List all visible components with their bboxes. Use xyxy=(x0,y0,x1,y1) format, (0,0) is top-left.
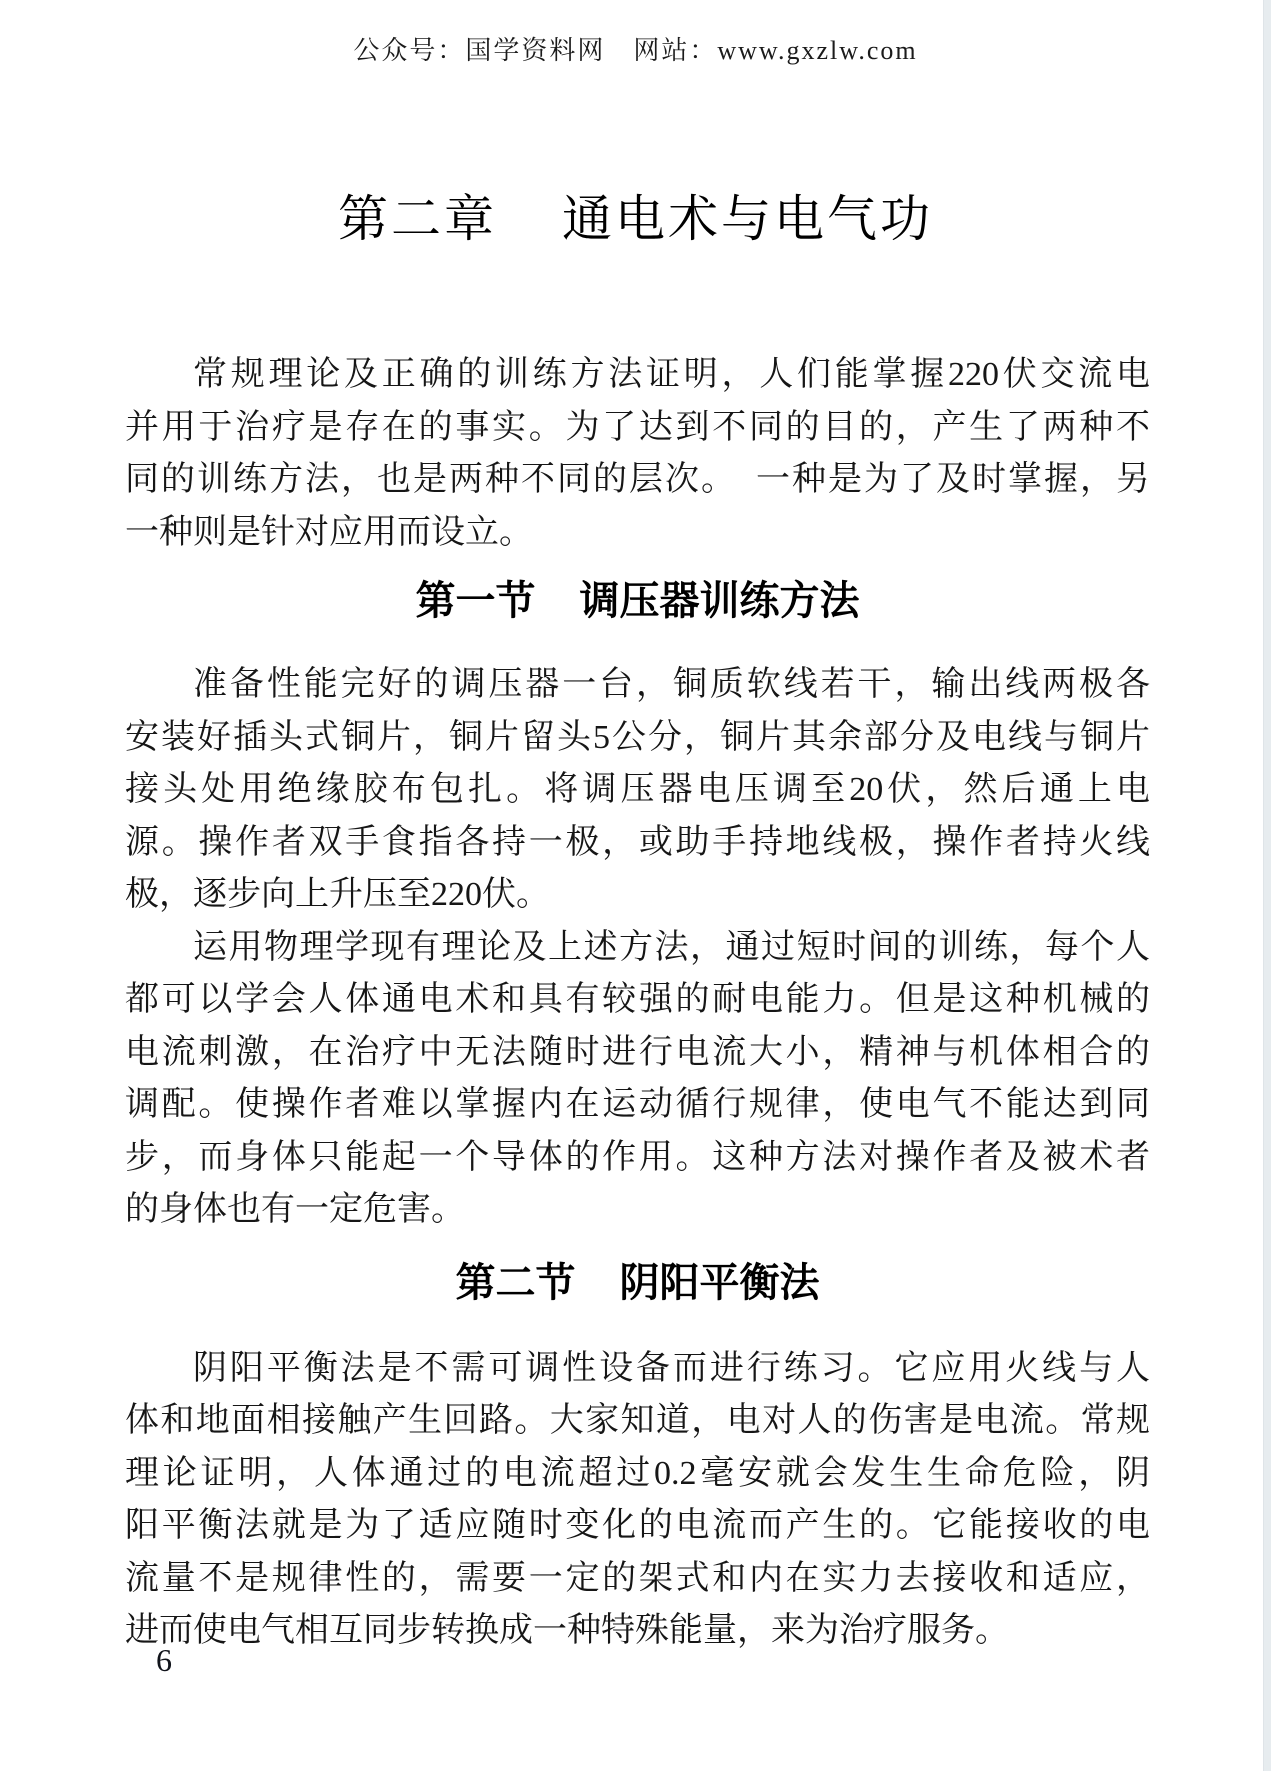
text-line: 步，而身体只能起一个导体的作用。这种方法对操作者及被术者 xyxy=(125,1132,1150,1185)
text-line: 调配。使操作者难以掌握内在运动循行规律，使电气不能达到同 xyxy=(125,1079,1150,1132)
section-2-label: 第二节 xyxy=(456,1261,576,1305)
text-line: 并用于治疗是存在的事实。为了达到不同的目的，产生了两种不 xyxy=(125,402,1150,455)
text-line: 都可以学会人体通电术和具有较强的耐电能力。但是这种机械的 xyxy=(125,974,1150,1027)
page-content: 常规理论及正确的训练方法证明，人们能掌握220伏交流电 并用于治疗是存在的事实。… xyxy=(125,349,1150,1658)
chapter-title: 第二章通电术与电气功 xyxy=(0,179,1271,251)
paragraph-intro: 常规理论及正确的训练方法证明，人们能掌握220伏交流电 并用于治疗是存在的事实。… xyxy=(125,349,1150,559)
text-line: 进而使电气相互同步转换成一种特殊能量，来为治疗服务。 xyxy=(125,1605,1150,1658)
section-1-name: 调压器训练方法 xyxy=(580,579,860,623)
text-line: 的身体也有一定危害。 xyxy=(125,1184,1150,1237)
text-line: 极，逐步向上升压至220伏。 xyxy=(125,869,1150,922)
text-line: 流量不是规律性的，需要一定的架式和内在实力去接收和适应， xyxy=(125,1553,1150,1606)
text-line: 安装好插头式铜片，铜片留头5公分，铜片其余部分及电线与铜片 xyxy=(125,712,1150,765)
text-line: 阳平衡法就是为了适应随时变化的电流而产生的。它能接收的电 xyxy=(125,1500,1150,1553)
section-1-label: 第一节 xyxy=(416,579,536,623)
page-edge-strip xyxy=(1263,0,1271,1771)
text-line: 体和地面相接触产生回路。大家知道，电对人的伤害是电流。常规 xyxy=(125,1395,1150,1448)
section-heading-2: 第二节阴阳平衡法 xyxy=(125,1259,1150,1307)
document-page: 公众号：国学资料网 网站：www.gxzlw.com 第二章通电术与电气功 常规… xyxy=(0,30,1271,1658)
text-line: 阴阳平衡法是不需可调性设备而进行练习。它应用火线与人 xyxy=(125,1343,1150,1396)
text-line: 电流刺激，在治疗中无法随时进行电流大小，精神与机体相合的 xyxy=(125,1027,1150,1080)
paragraph-section1-a: 准备性能完好的调压器一台，铜质软线若干，输出线两极各 安装好插头式铜片，铜片留头… xyxy=(125,659,1150,922)
text-line: 接头处用绝缘胶布包扎。将调压器电压调至20伏，然后通上电 xyxy=(125,764,1150,817)
chapter-name: 通电术与电气功 xyxy=(562,191,933,247)
page-header: 公众号：国学资料网 网站：www.gxzlw.com xyxy=(0,30,1271,67)
text-line: 一种则是针对应用而设立。 xyxy=(125,507,1150,560)
paragraph-section2: 阴阳平衡法是不需可调性设备而进行练习。它应用火线与人 体和地面相接触产生回路。大… xyxy=(125,1343,1150,1658)
section-2-name: 阴阳平衡法 xyxy=(620,1261,820,1305)
chapter-label: 第二章 xyxy=(338,191,497,247)
text-line: 准备性能完好的调压器一台，铜质软线若干，输出线两极各 xyxy=(125,659,1150,712)
text-line: 运用物理学现有理论及上述方法，通过短时间的训练，每个人 xyxy=(125,922,1150,975)
page-number: 6 xyxy=(156,1642,172,1679)
text-line: 常规理论及正确的训练方法证明，人们能掌握220伏交流电 xyxy=(125,349,1150,402)
paragraph-section1-b: 运用物理学现有理论及上述方法，通过短时间的训练，每个人 都可以学会人体通电术和具… xyxy=(125,922,1150,1237)
text-line: 同的训练方法，也是两种不同的层次。 一种是为了及时掌握，另 xyxy=(125,454,1150,507)
text-line: 理论证明，人体通过的电流超过0.2毫安就会发生生命危险，阴 xyxy=(125,1448,1150,1501)
header-text: 公众号：国学资料网 网站：www.gxzlw.com xyxy=(353,36,917,65)
text-line: 源。操作者双手食指各持一极，或助手持地线极，操作者持火线 xyxy=(125,817,1150,870)
section-heading-1: 第一节调压器训练方法 xyxy=(125,577,1150,625)
